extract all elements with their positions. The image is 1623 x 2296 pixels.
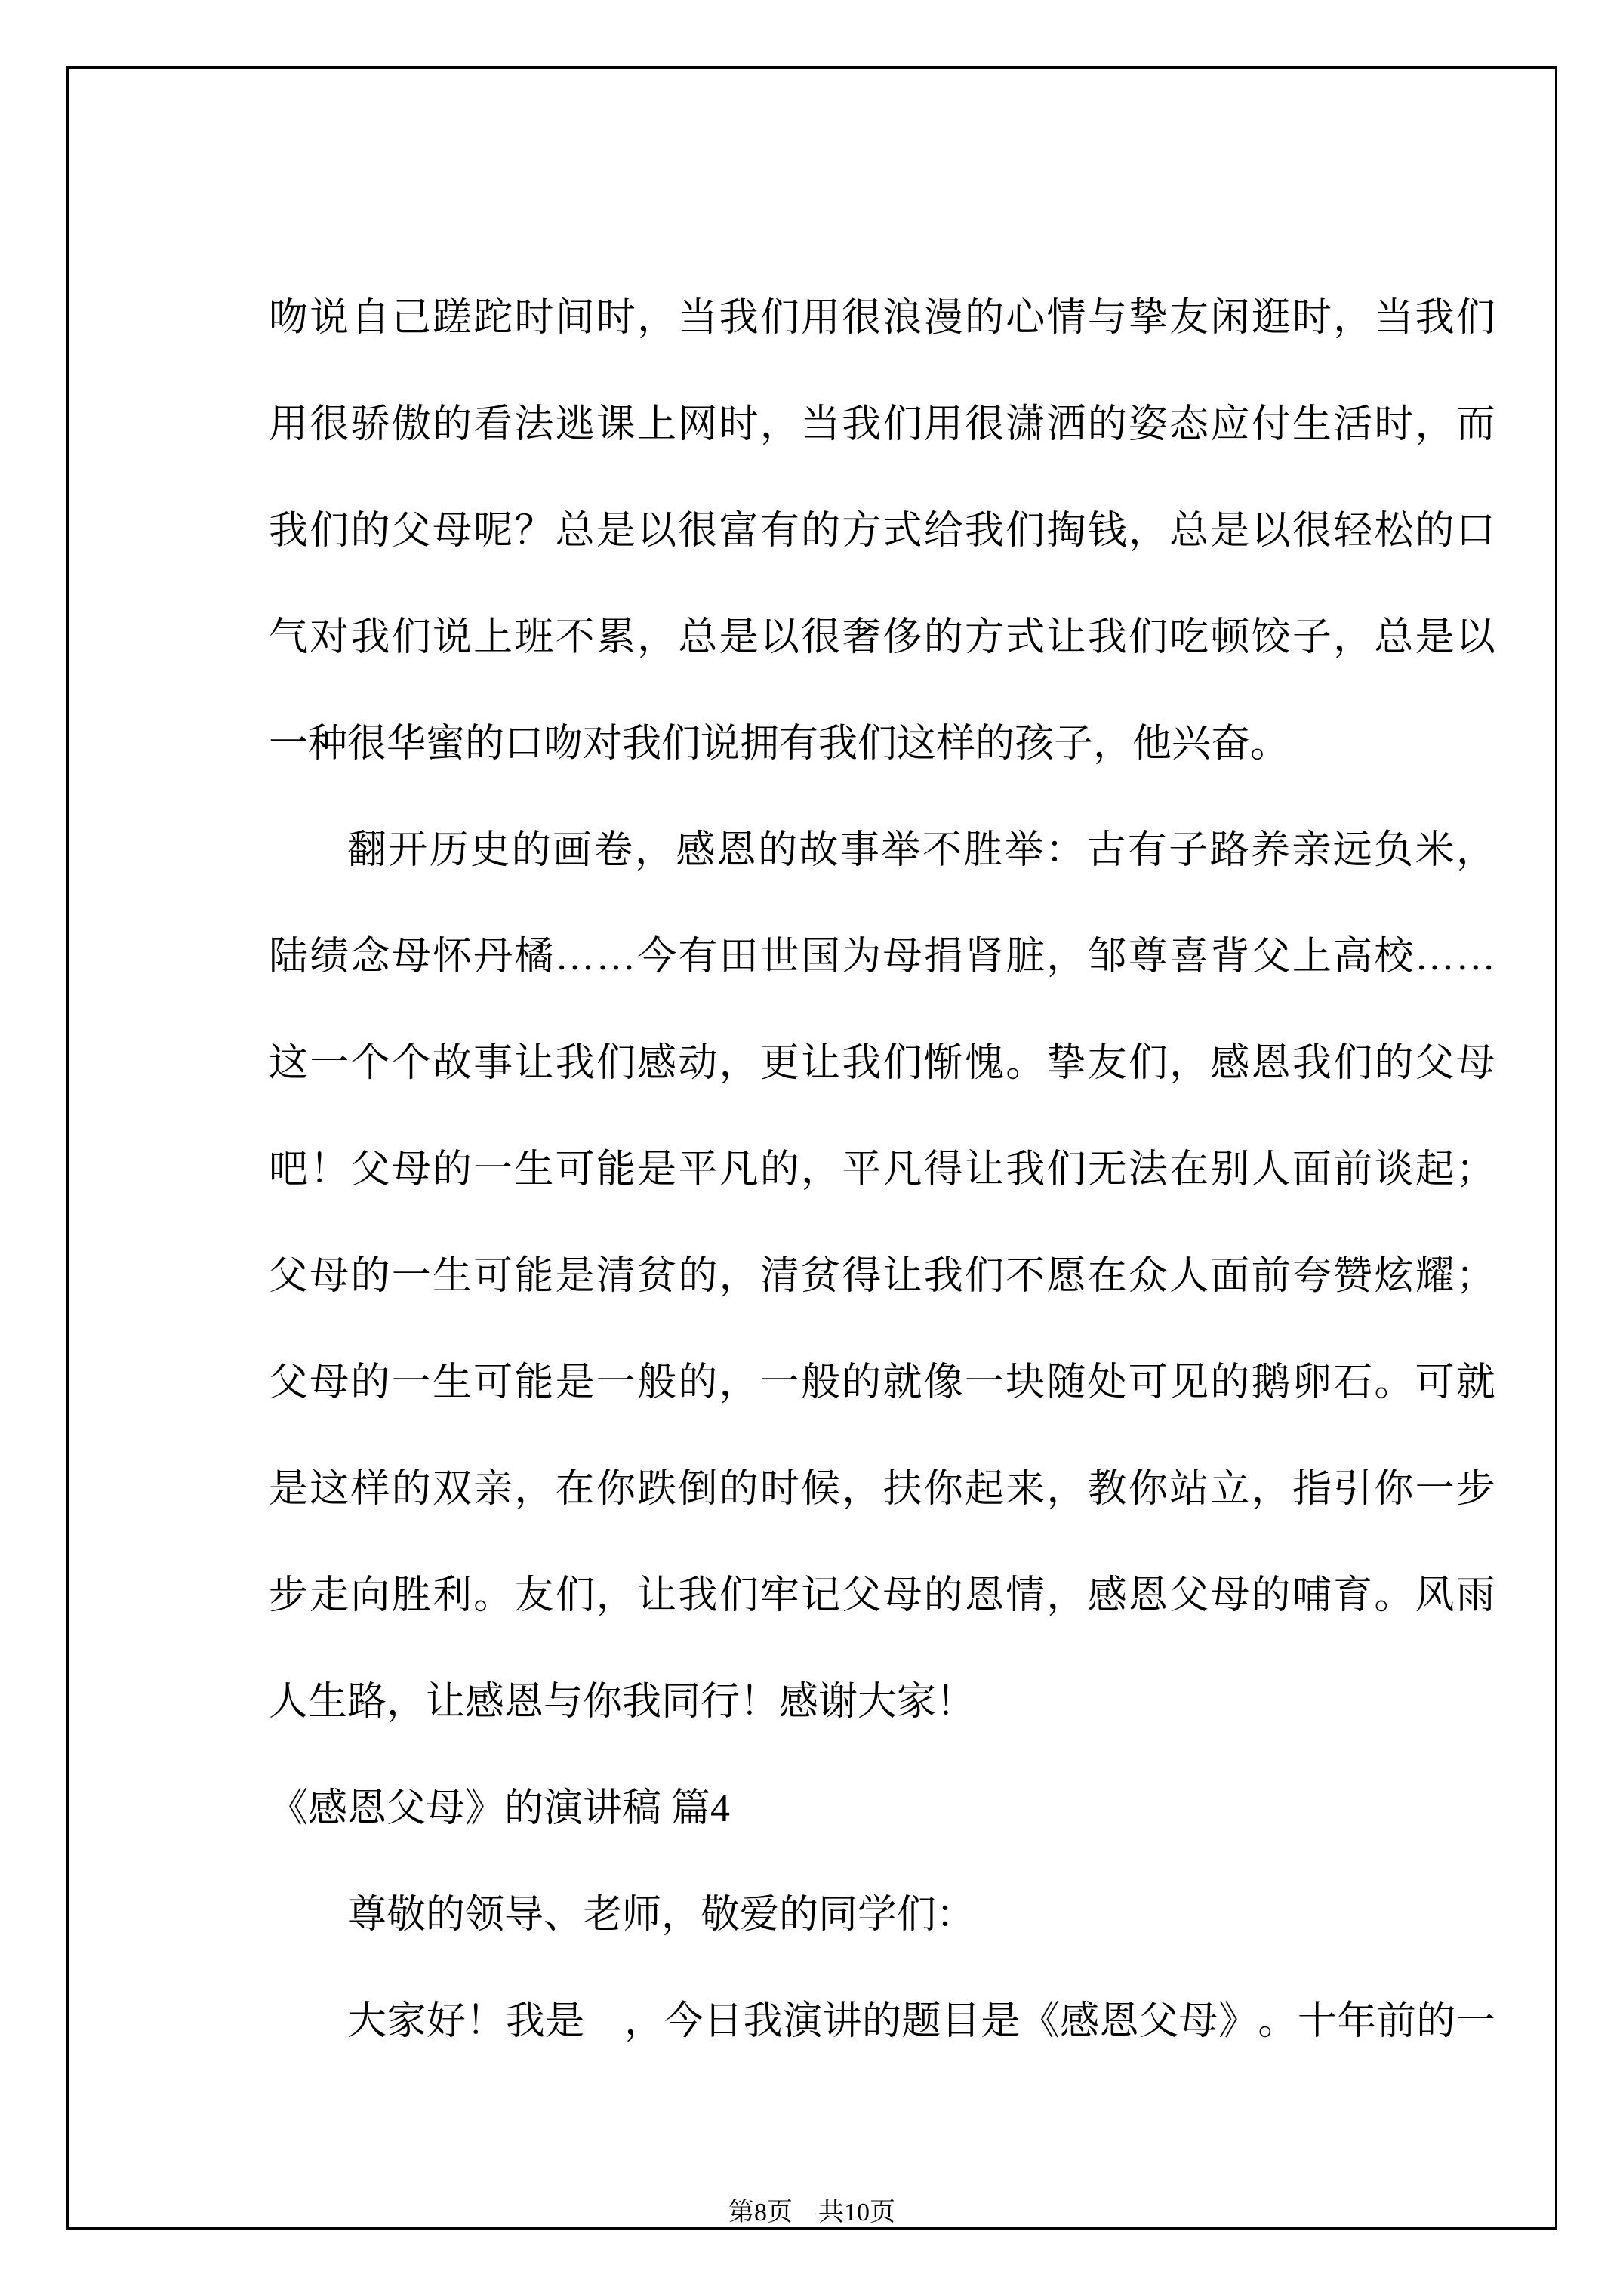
page-border: 吻说自己蹉跎时间时，当我们用很浪漫的心情与挚友闲逛时，当我们用很骄傲的看法逃课上…	[66, 66, 1557, 2230]
document-line: 一种很华蜜的口吻对我们说拥有我们这样的孩子，他兴奋。	[269, 691, 1495, 797]
document-page: 吻说自己蹉跎时间时，当我们用很浪漫的心情与挚友闲逛时，当我们用很骄傲的看法逃课上…	[0, 0, 1623, 2296]
document-line: 步走向胜利。友们，让我们牢记父母的恩情，感恩父母的哺育。风雨	[269, 1542, 1495, 1649]
document-body: 吻说自己蹉跎时间时，当我们用很浪漫的心情与挚友闲逛时，当我们用很骄傲的看法逃课上…	[269, 265, 1495, 2075]
document-line: 用很骄傲的看法逃课上网时，当我们用很潇洒的姿态应付生活时，而	[269, 371, 1495, 478]
section-heading: 《感恩父母》的演讲稿 篇4	[269, 1755, 1495, 1862]
document-line: 人生路，让感恩与你我同行！感谢大家！	[269, 1649, 1495, 1755]
document-line: 大家好！我是 ，今日我演讲的题目是《感恩父母》。十年前的一	[269, 1968, 1495, 2075]
document-line: 这一个个故事让我们感动，更让我们惭愧。挚友们，感恩我们的父母	[269, 1010, 1495, 1117]
document-line: 尊敬的领导、老师，敬爱的同学们：	[269, 1862, 1495, 1968]
page-footer: 第8页共10页	[69, 2198, 1555, 2228]
document-line: 是这样的双亲，在你跌倒的时候，扶你起来，教你站立，指引你一步	[269, 1436, 1495, 1542]
page-number-current: 第8页	[728, 2199, 793, 2227]
document-line: 翻开历史的画卷，感恩的故事举不胜举：古有子路养亲远负米，	[269, 797, 1495, 904]
document-line: 我们的父母呢？总是以很富有的方式给我们掏钱，总是以很轻松的口	[269, 478, 1495, 584]
document-line: 气对我们说上班不累，总是以很奢侈的方式让我们吃顿饺子，总是以	[269, 584, 1495, 691]
document-line: 父母的一生可能是清贫的，清贫得让我们不愿在众人面前夸赞炫耀；	[269, 1223, 1495, 1330]
document-line: 吧！父母的一生可能是平凡的，平凡得让我们无法在别人面前谈起；	[269, 1117, 1495, 1223]
document-line: 吻说自己蹉跎时间时，当我们用很浪漫的心情与挚友闲逛时，当我们	[269, 265, 1495, 371]
document-line: 陆绩念母怀丹橘……今有田世国为母捐肾脏，邹尊喜背父上高校……	[269, 904, 1495, 1010]
page-number-total: 共10页	[818, 2199, 895, 2227]
document-line: 父母的一生可能是一般的，一般的就像一块随处可见的鹅卵石。可就	[269, 1330, 1495, 1436]
